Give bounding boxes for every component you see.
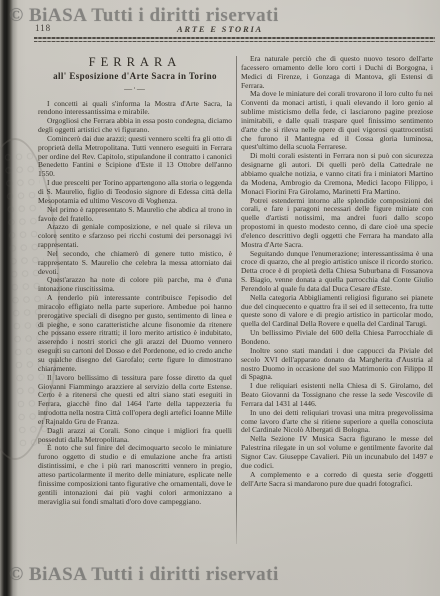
paragraph: Un bellissimo Piviale del 600 della Chie… [241,329,433,347]
paragraph: Nel secondo, che chiamerò di genere tutt… [38,250,232,277]
paragraph: A renderlo più interessante contribuisce… [38,294,232,374]
paragraph: Orgogliosi che Ferrara abbia in essa pos… [38,117,232,135]
paragraph: È noto che sul finire del decimoquarto s… [38,444,232,506]
title-divider-ornament: —·— [38,85,232,94]
paragraph: Nella categoria Abbigliamenti religiosi … [241,294,433,329]
paragraph: Nella Sezione IV Musica Sacra figurano l… [241,435,433,470]
article-subtitle: all' Esposizione d'Arte Sacra in Torino [38,72,232,81]
paragraph: Arazzo di geniale composizione, e nel qu… [38,223,232,250]
paragraph: I due reliquiari esistenti nella Chiesa … [241,382,433,409]
paragraph: In uno dei detti reliquiari trovasi una … [241,409,433,436]
paragraph: Quest'arazzo ha note di colore più parch… [38,276,232,294]
header-rule-line-top [34,37,435,39]
paragraph: Nel primo è rappresentato S. Maurelio ch… [38,206,232,224]
paragraph: Seguitando dunque l'enumerazione; intere… [241,250,433,294]
header-rule-line-bottom [34,41,435,43]
column-divider-rule [236,56,237,544]
paragraph: Dagli arazzi ai Corali. Sono cinque i mi… [38,427,232,445]
paragraph: I due prescelti per Torino appartengono … [38,179,232,206]
header-rule [34,37,435,43]
paragraph: Inoltre sono stati mandati i due cappucc… [241,347,433,382]
journal-title: ARTE E STORIA [0,24,440,34]
paragraph: Comincerò dai due arazzi; questi vennero… [38,135,232,179]
paragraph: Il lavoro bellissimo di tessitura pare f… [38,374,232,427]
paragraph: Era naturale perciò che di questo nuovo … [241,55,433,90]
paragraph: Potrei estendermi intorno alle splendide… [241,197,433,250]
right-column: Era naturale perciò che di questo nuovo … [241,55,433,488]
paragraph: I concetti ai quali s'informa la Mostra … [38,100,232,118]
paragraph: A complemento e a corredo di questa seri… [241,471,433,489]
left-column: FERRARA all' Esposizione d'Arte Sacra in… [38,57,232,506]
watermark-bottom: © BiASA Tutti i diritti riservati [9,564,279,586]
paragraph: Di molti corali esistenti in Ferrara non… [241,152,433,196]
article-title: FERRARA [38,58,232,67]
scanned-journal-page: © BiASA Tutti i diritti riservati 118 AR… [0,0,440,596]
paragraph: Ma dove le miniature dei corali trovaron… [241,90,433,152]
